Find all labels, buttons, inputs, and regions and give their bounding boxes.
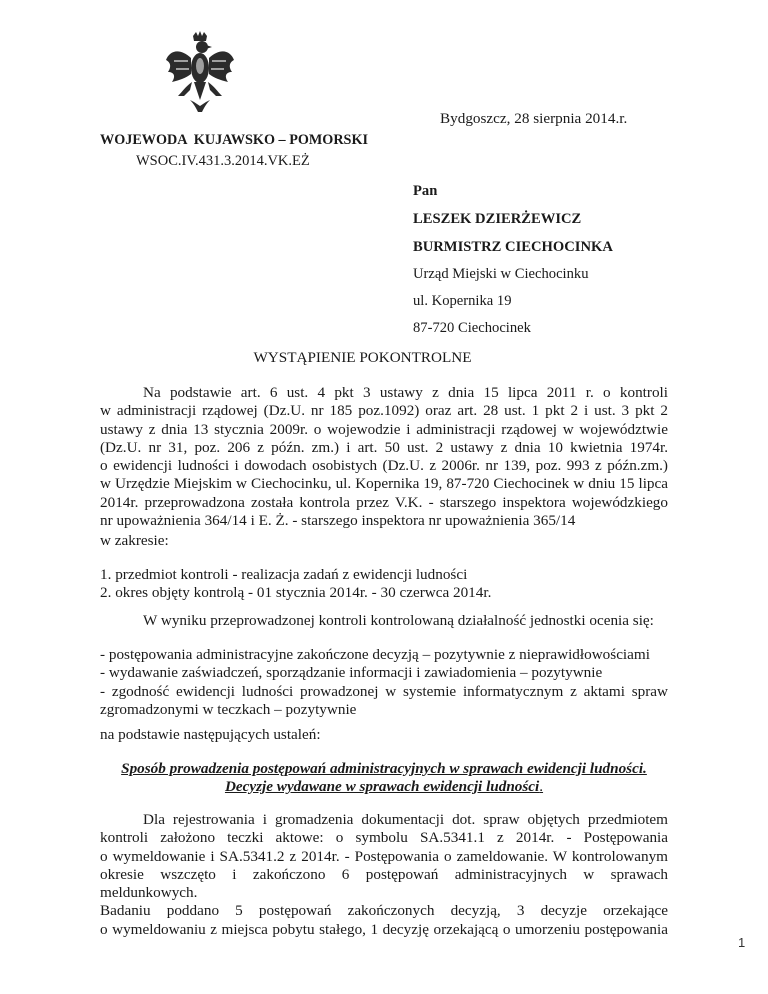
assessment-intro: W wyniku przeprowadzonej kontroli kontro… <box>100 612 668 630</box>
assessment-item: zgromadzonymi w teczkach – pozytywnie <box>100 701 668 719</box>
intro-line: Na podstawie art. 6 ust. 4 pkt 3 ustawy … <box>100 384 668 402</box>
polish-eagle-emblem-icon <box>160 30 240 115</box>
assessment-item: - postępowania administracyjne zakończon… <box>100 646 668 664</box>
section-heading-line-2-text: Decyzje wydawane w sprawach ewidencji lu… <box>225 778 539 795</box>
body-line: Badaniu poddano 5 postępowań zakończonyc… <box>100 902 668 920</box>
intro-line: (Dz.U. nr 31, poz. 206 z późn. zm.) i ar… <box>100 439 668 457</box>
scope-list: 1. przedmiot kontroli - realizacja zadań… <box>100 566 668 603</box>
section-heading-line-1: Sposób prowadzenia postępowań administra… <box>100 760 668 778</box>
recipient-city: 87-720 Ciechocinek <box>413 320 531 337</box>
case-signature: WSOC.IV.431.3.2014.VK.EŻ <box>136 153 310 170</box>
intro-line: 2014r. przeprowadzona została kontrola p… <box>100 494 668 512</box>
recipient-position: BURMISTRZ CIECHOCINKA <box>413 239 613 256</box>
page-number: 1 <box>738 935 745 950</box>
body-line: o wymeldowanie i SA.5341.2 z 2014r. - Po… <box>100 848 668 866</box>
section-heading: Sposób prowadzenia postępowań administra… <box>100 760 668 797</box>
intro-line: w Urzędzie Miejskim w Ciechocinku, ul. K… <box>100 475 668 493</box>
intro-line: nr upoważnienia 364/14 i E. Ż. - starsze… <box>100 512 668 530</box>
body-paragraph: Dla rejestrowania i gromadzenia dokument… <box>100 811 668 939</box>
recipient-office: Urząd Miejski w Ciechocinku <box>413 266 589 283</box>
recipient-name: LESZEK DZIERŻEWICZ <box>413 211 581 228</box>
intro-line: w administracji rządowej (Dz.U. nr 185 p… <box>100 402 668 420</box>
document-title: WYSTĄPIENIE POKONTROLNE <box>0 349 768 367</box>
issuing-authority: WOJEWODA KUJAWSKO – POMORSKI <box>100 132 368 149</box>
scope-item: 2. okres objęty kontrolą - 01 stycznia 2… <box>100 584 668 602</box>
recipient-salutation: Pan <box>413 183 437 200</box>
intro-line: o ewidencji ludności i dowodach osobisty… <box>100 457 668 475</box>
assessment-item: - wydawanie zaświadczeń, sporządzanie in… <box>100 664 668 682</box>
body-line: kontroli założono teczki aktowe: o symbo… <box>100 829 668 847</box>
scope-item: 1. przedmiot kontroli - realizacja zadań… <box>100 566 668 584</box>
body-line: okresie wszczęto i zakończono 6 postępow… <box>100 866 668 903</box>
findings-intro: na podstawie następujących ustaleń: <box>100 726 668 744</box>
place-and-date: Bydgoszcz, 28 sierpnia 2014.r. <box>440 110 627 128</box>
section-heading-line-2: Decyzje wydawane w sprawach ewidencji lu… <box>100 778 668 796</box>
assessment-item: - zgodność ewidencji ludności prowadzone… <box>100 683 668 701</box>
intro-paragraph: Na podstawie art. 6 ust. 4 pkt 3 ustawy … <box>100 384 668 530</box>
body-line: o wymeldowaniu z miejsca pobytu stałego,… <box>100 921 668 939</box>
assessment-list: - postępowania administracyjne zakończon… <box>100 646 668 719</box>
section-heading-period: . <box>539 778 543 795</box>
body-line: Dla rejestrowania i gromadzenia dokument… <box>100 811 668 829</box>
recipient-street: ul. Kopernika 19 <box>413 293 512 310</box>
intro-line: ustawy z dnia 13 stycznia 2009r. o wojew… <box>100 421 668 439</box>
scope-label: w zakresie: <box>100 532 668 550</box>
document-title-text: WYSTĄPIENIE POKONTROLNE <box>253 349 471 367</box>
